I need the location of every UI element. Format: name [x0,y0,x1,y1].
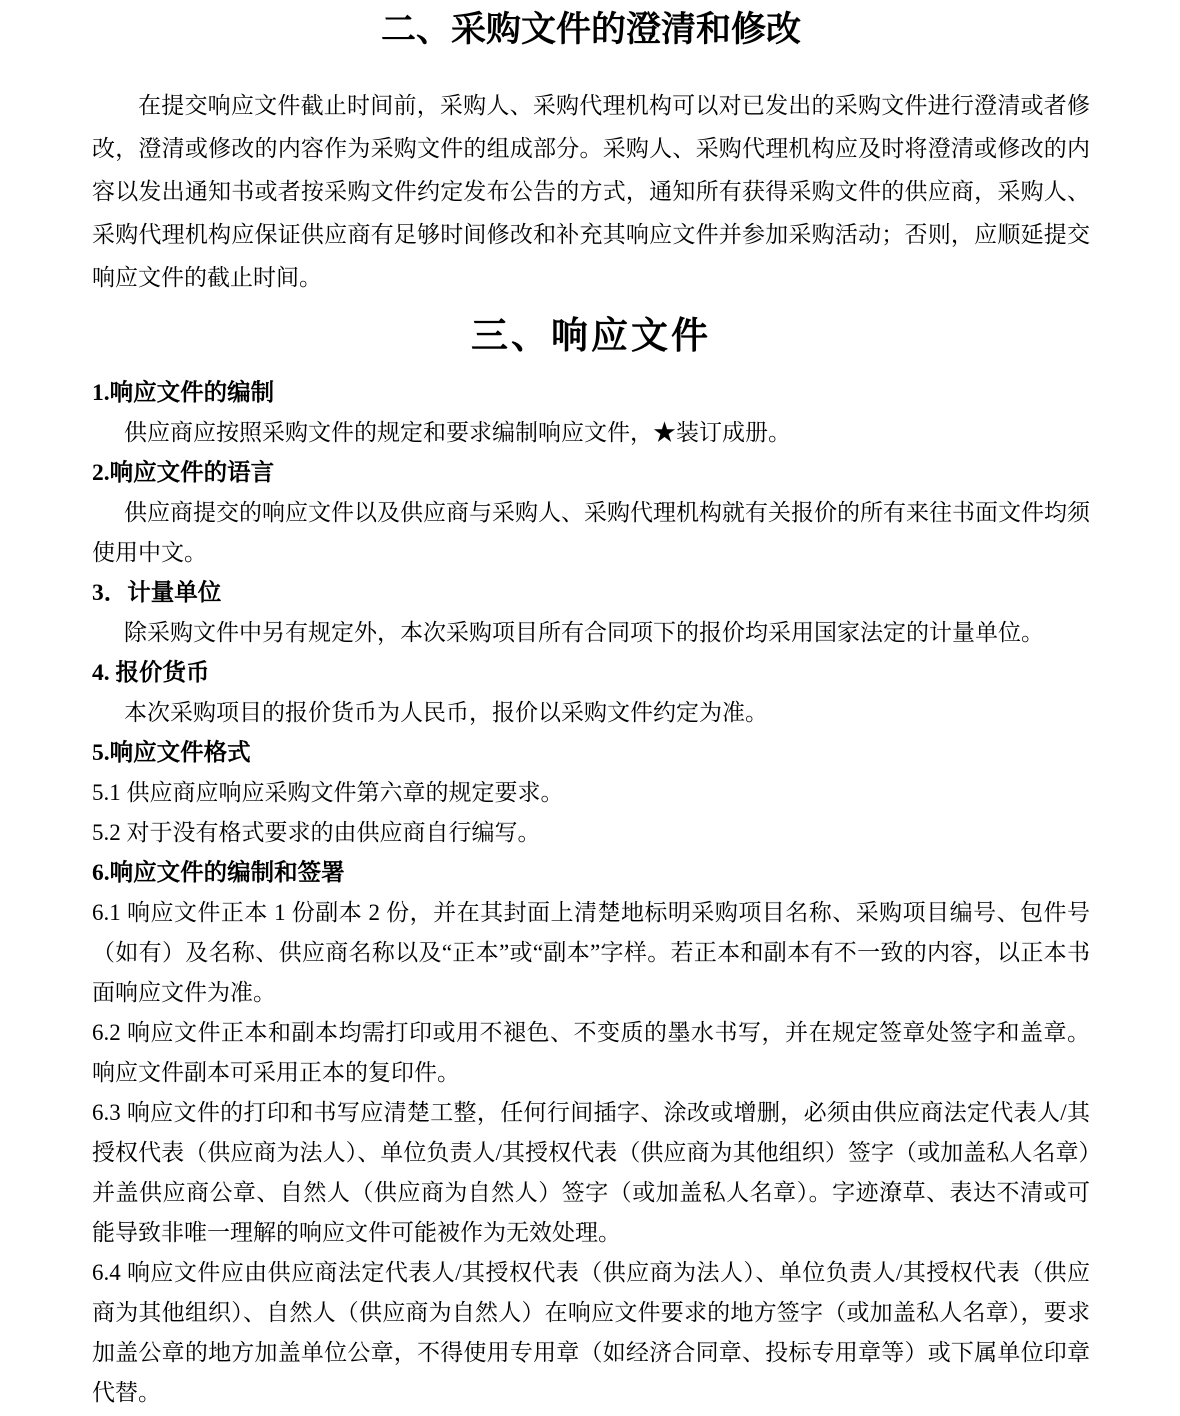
section-response-title: 三、响应文件 [92,315,1090,359]
clause-6-3-text: 6.3 响应文件的打印和书写应清楚工整，任何行间插字、涂改或增删，必须由供应商法… [92,1093,1090,1253]
clause-5-1-text: 5.1 供应商应响应采购文件第六章的规定要求。 [92,773,1090,813]
clause-6-1-text: 6.1 响应文件正本 1 份副本 2 份，并在其封面上清楚地标明采购项目名称、采… [92,893,1090,1013]
document-page: 二、采购文件的澄清和修改 在提交响应文件截止时间前，采购人、采购代理机构可以对已… [0,0,1180,1416]
clause-6-2-text: 6.2 响应文件正本和副本均需打印或用不褪色、不变质的墨水书写，并在规定签章处签… [92,1013,1090,1093]
section-response-body: 1.响应文件的编制 供应商应按照采购文件的规定和要求编制响应文件，★装订成册。 … [92,373,1090,1413]
section-clarification-title: 二、采购文件的澄清和修改 [92,8,1090,52]
clause-6-4-text: 6.4 响应文件应由供应商法定代表人/其授权代表（供应商为法人）、单位负责人/其… [92,1253,1090,1413]
clause-2-heading: 2.响应文件的语言 [92,453,1090,493]
clause-5-2-text: 5.2 对于没有格式要求的由供应商自行编写。 [92,813,1090,853]
section-clarification-paragraph: 在提交响应文件截止时间前，采购人、采购代理机构可以对已发出的采购文件进行澄清或者… [92,84,1090,299]
clause-1-text: 供应商应按照采购文件的规定和要求编制响应文件，★装订成册。 [92,413,1090,453]
clause-2-text: 供应商提交的响应文件以及供应商与采购人、采购代理机构就有关报价的所有来往书面文件… [92,493,1090,573]
clause-6-heading: 6.响应文件的编制和签署 [92,853,1090,893]
clause-4-heading: 4. 报价货币 [92,653,1090,693]
clause-3-text: 除采购文件中另有规定外，本次采购项目所有合同项下的报价均采用国家法定的计量单位。 [92,613,1090,653]
clause-4-text: 本次采购项目的报价货币为人民币，报价以采购文件约定为准。 [92,693,1090,733]
clause-1-heading: 1.响应文件的编制 [92,373,1090,413]
clause-5-heading: 5.响应文件格式 [92,733,1090,773]
clause-3-heading: 3．计量单位 [92,573,1090,613]
